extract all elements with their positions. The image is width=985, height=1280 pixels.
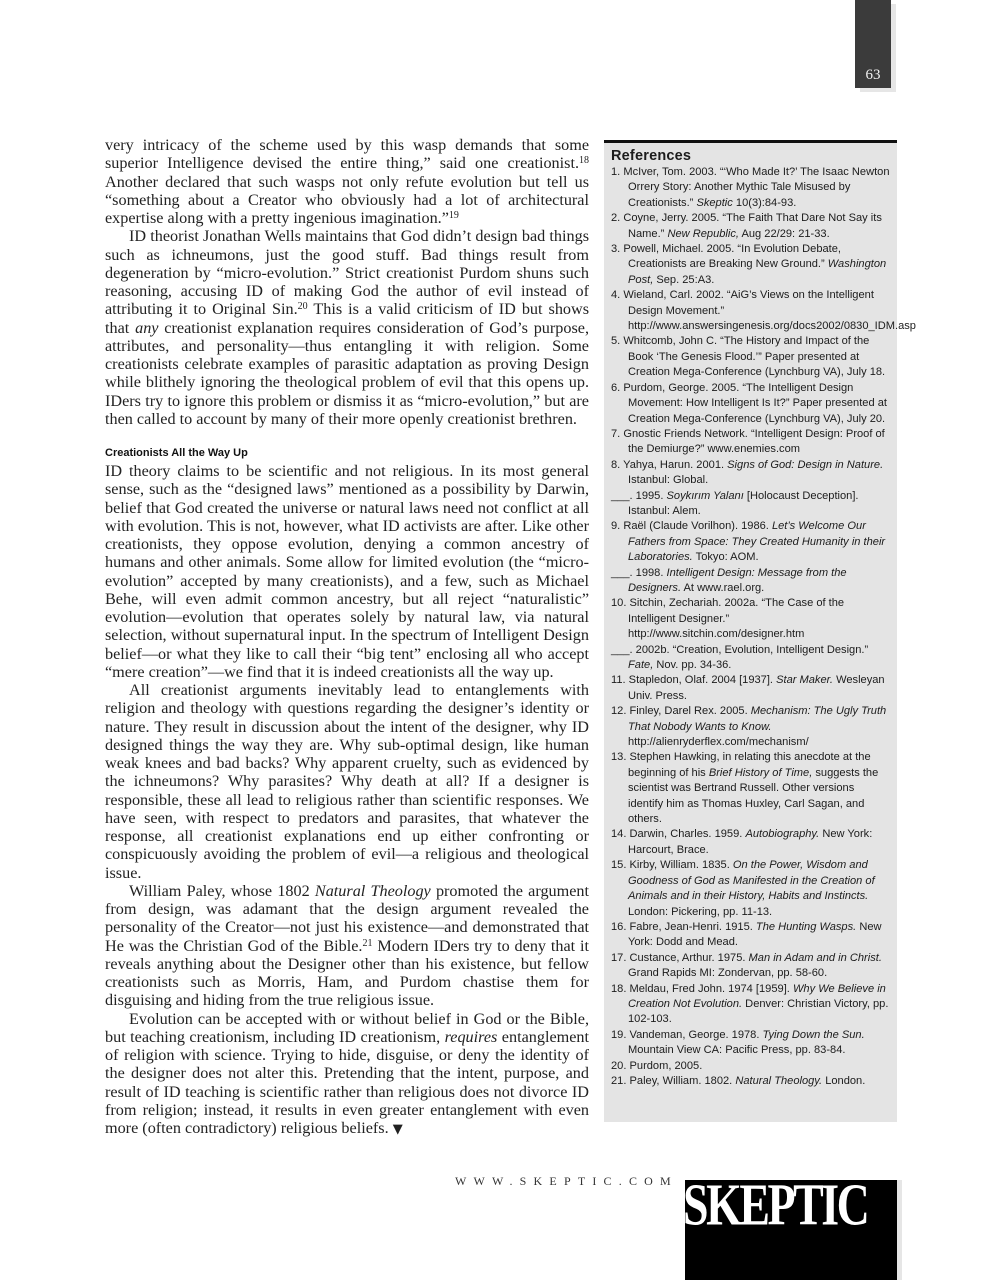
article-paragraph: very intricacy of the scheme used by thi… bbox=[105, 136, 589, 227]
skeptic-logo: SKEPTIC bbox=[685, 1180, 897, 1280]
reference-item: ___. 2002b. “Creation, Evolution, Intell… bbox=[611, 643, 891, 674]
italic-text: Signs of God: Design in Nature. bbox=[727, 459, 883, 471]
reference-item: 12. Finley, Darel Rex. 2005. Mechanism: … bbox=[611, 704, 891, 750]
italic-text: Mechanism: The Ugly Truth That Nobody Wa… bbox=[628, 705, 886, 732]
reference-item: 14. Darwin, Charles. 1959. Autobiography… bbox=[611, 827, 891, 858]
footnote-marker: 19 bbox=[449, 210, 459, 221]
italic-text: On the Power, Wisdom and Goodness of God… bbox=[628, 859, 875, 902]
article-paragraphs-bottom: ID theory claims to be scientific and no… bbox=[105, 462, 589, 1139]
reference-item: 9. Raël (Claude Vorilhon). 1986. Let’s W… bbox=[611, 519, 891, 565]
end-of-article-triangle-icon: ▼ bbox=[393, 1122, 403, 1137]
article-paragraph: Evolution can be accepted with or withou… bbox=[105, 1010, 589, 1140]
reference-item: 8. Yahya, Harun. 2001. Signs of God: Des… bbox=[611, 458, 891, 489]
article-paragraphs-top: very intricacy of the scheme used by thi… bbox=[105, 136, 589, 428]
section-subheading: Creationists All the Way Up bbox=[105, 446, 589, 460]
reference-item: 19. Vandeman, George. 1978. Tying Down t… bbox=[611, 1028, 891, 1059]
italic-text: any bbox=[135, 319, 158, 337]
article-paragraph: ID theory claims to be scientific and no… bbox=[105, 462, 589, 681]
reference-item: 11. Stapledon, Olaf. 2004 [1937]. Star M… bbox=[611, 673, 891, 704]
italic-text: Tying Down the Sun. bbox=[763, 1029, 865, 1041]
italic-text: Let’s Welcome Our Fathers from Space: Th… bbox=[628, 520, 885, 563]
reference-item: 6. Purdom, George. 2005. “The Intelligen… bbox=[611, 381, 891, 427]
reference-item: 10. Sitchin, Zechariah. 2002a. “The Case… bbox=[611, 596, 891, 642]
italic-text: Washington Post, bbox=[628, 258, 886, 285]
reference-item: ___. 1998. Intelligent Design: Message f… bbox=[611, 566, 891, 597]
footnote-marker: 20 bbox=[298, 301, 308, 312]
italic-text: Soykırım Yalanı bbox=[667, 490, 744, 502]
italic-text: Star Maker. bbox=[776, 674, 833, 686]
reference-item: 20. Purdom, 2005. bbox=[611, 1059, 891, 1074]
footnote-marker: 18 bbox=[579, 155, 589, 166]
italic-text: Intelligent Design: Message from the Des… bbox=[628, 567, 847, 594]
reference-item: 15. Kirby, William. 1835. On the Power, … bbox=[611, 858, 891, 920]
italic-text: Fate, bbox=[628, 659, 653, 671]
page-number: 63 bbox=[855, 67, 891, 84]
reference-item: 1. McIver, Tom. 2003. “‘Who Made It?’ Th… bbox=[611, 165, 891, 211]
italic-text: Brief History of Time, bbox=[709, 767, 812, 779]
article-body: very intricacy of the scheme used by thi… bbox=[105, 136, 589, 1139]
references-sidebar: References 1. McIver, Tom. 2003. “‘Who M… bbox=[604, 140, 897, 1122]
reference-item: 16. Fabre, Jean-Henri. 1915. The Hunting… bbox=[611, 920, 891, 951]
page-number-tab: 63 bbox=[855, 0, 891, 88]
reference-item: 17. Custance, Arthur. 1975. Man in Adam … bbox=[611, 951, 891, 982]
article-paragraph: ID theorist Jonathan Wells maintains tha… bbox=[105, 227, 589, 428]
italic-text: Why We Believe in Creation Not Evolution… bbox=[628, 983, 886, 1010]
italic-text: The Hunting Wasps. bbox=[756, 921, 856, 933]
reference-item: 2. Coyne, Jerry. 2005. “The Faith That D… bbox=[611, 211, 891, 242]
article-paragraph: William Paley, whose 1802 Natural Theolo… bbox=[105, 882, 589, 1010]
italic-text: Natural Theology. bbox=[735, 1075, 822, 1087]
reference-item: 13. Stephen Hawking, in relating this an… bbox=[611, 750, 891, 827]
italic-text: New Republic, bbox=[667, 228, 739, 240]
reference-item: 4. Wieland, Carl. 2002. “AiG’s Views on … bbox=[611, 288, 891, 334]
italic-text: requires bbox=[445, 1028, 498, 1046]
reference-item: 7. Gnostic Friends Network. “Intelligent… bbox=[611, 427, 891, 458]
italic-text: Autobiography. bbox=[745, 828, 819, 840]
reference-item: 5. Whitcomb, John C. “The History and Im… bbox=[611, 334, 891, 380]
italic-text: Natural Theology bbox=[315, 882, 431, 900]
footnote-marker: 21 bbox=[362, 938, 372, 949]
references-list: 1. McIver, Tom. 2003. “‘Who Made It?’ Th… bbox=[611, 165, 891, 1089]
reference-item: ___. 1995. Soykırım Yalanı [Holocaust De… bbox=[611, 489, 891, 520]
reference-item: 3. Powell, Michael. 2005. “In Evolution … bbox=[611, 242, 891, 288]
logo-text: SKEPTIC bbox=[683, 1172, 860, 1239]
italic-text: Skeptic bbox=[696, 197, 732, 209]
reference-item: 18. Meldau, Fred John. 1974 [1959]. Why … bbox=[611, 982, 891, 1028]
references-title: References bbox=[611, 148, 891, 164]
reference-item: 21. Paley, William. 1802. Natural Theolo… bbox=[611, 1074, 891, 1089]
article-paragraph: All creationist arguments inevitably lea… bbox=[105, 681, 589, 882]
italic-text: Man in Adam and in Christ. bbox=[749, 952, 882, 964]
footer-website-url[interactable]: WWW.SKEPTIC.COM bbox=[455, 1174, 678, 1189]
